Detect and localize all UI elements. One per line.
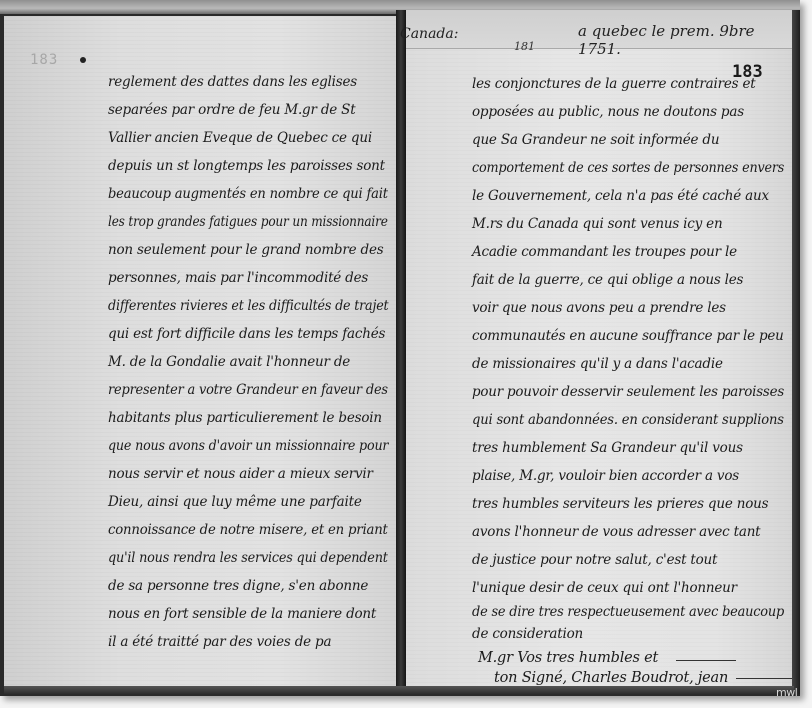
right-line-15: plaise, M.gr, vouloir bien accorder a vo…	[472, 468, 739, 484]
left-line-1: reglement des dattes dans les eglises	[108, 74, 357, 90]
page-bottom-edge	[4, 686, 794, 694]
faded-page-stamp: 183	[30, 52, 58, 68]
page-right-edge	[792, 10, 800, 694]
right-line-17: avons l'honneur de vous adresser avec ta…	[472, 524, 760, 540]
signature-line: ton Signé, Charles Boudrot, jean	[494, 670, 728, 686]
right-line-12: pour pouvoir desservir seulement les par…	[472, 384, 784, 400]
left-line-16: Dieu, ainsi que luy même une parfaite	[108, 494, 362, 510]
left-line-12: representer a votre Grandeur en faveur d…	[108, 382, 388, 398]
left-line-7: non seulement pour le grand nombre des	[108, 242, 383, 258]
right-line-18: de justice pour notre salut, c'est tout	[472, 552, 717, 568]
header-small-mark: 181	[514, 40, 535, 53]
right-page: Canada: 181 a quebec le prem. 9bre 1751.…	[406, 10, 792, 690]
left-line-8: personnes, mais par l'incommodité des	[108, 270, 368, 286]
right-line-14: tres humblement Sa Grandeur qu'il vous	[472, 440, 743, 456]
left-line-14: que nous avons d'avoir un missionnaire p…	[108, 438, 388, 454]
ink-blot-icon	[80, 57, 86, 63]
right-line-4: comportement de ces sortes de personnes …	[472, 160, 784, 176]
left-line-19: de sa personne tres digne, s'en abonne	[108, 578, 368, 594]
right-line-2: opposées au public, nous ne doutons pas	[472, 104, 744, 120]
right-line-21: de consideration	[472, 626, 583, 642]
left-line-13: habitants plus particulierement le besoi…	[108, 410, 382, 426]
right-line-3: que Sa Grandeur ne soit informée du	[472, 132, 719, 148]
left-line-6: les trop grandes fatigues pour un missio…	[108, 214, 388, 230]
left-line-20: nous en fort sensible de la maniere dont	[108, 606, 376, 622]
right-line-6: M.rs du Canada qui sont venus icy en	[472, 216, 722, 232]
closing-formula: M.gr Vos tres humbles et	[478, 650, 658, 666]
right-line-16: tres humbles serviteurs les prieres que …	[472, 496, 768, 512]
right-line-19: l'unique desir de ceux qui ont l'honneur	[472, 580, 737, 596]
left-line-5: beaucoup augmentés en nombre ce qui fait	[108, 186, 388, 202]
left-line-4: depuis un st longtemps les paroisses son…	[108, 158, 385, 174]
left-line-2: separées par ordre de feu M.gr de St	[108, 102, 355, 118]
left-line-3: Vallier ancien Eveque de Quebec ce qui	[108, 130, 372, 146]
right-line-5: le Gouvernement, cela n'a pas été caché …	[472, 188, 769, 204]
left-page: 183 reglement des dattes dans les eglise…	[4, 16, 396, 690]
left-line-17: connoissance de notre misere, et en pria…	[108, 522, 388, 538]
right-line-8: fait de la guerre, ce qui oblige a nous …	[472, 272, 743, 288]
left-line-15: nous servir et nous aider a mieux servir	[108, 466, 373, 482]
manuscript-scan: 183 reglement des dattes dans les eglise…	[0, 0, 800, 696]
left-line-21: il a été traitté par des voies de pa	[108, 634, 331, 650]
book-gutter	[396, 10, 406, 694]
margin-label: Canada:	[400, 26, 458, 42]
right-line-20: de se dire tres respectueusement avec be…	[472, 604, 784, 620]
watermark: mwl	[776, 686, 797, 699]
left-line-10: qui est fort difficile dans les temps fa…	[108, 326, 385, 342]
right-line-1: les conjonctures de la guerre contraires…	[472, 76, 755, 92]
closing-flourish	[676, 660, 736, 661]
right-line-9: voir que nous avons peu a prendre les	[472, 300, 726, 316]
left-line-18: qu'il nous rendra les services qui depen…	[108, 550, 388, 566]
left-line-9: differentes rivieres et les difficultés …	[108, 298, 388, 314]
right-page-header: Canada: 181 a quebec le prem. 9bre 1751.	[406, 10, 792, 49]
right-line-10: communautés en aucune souffrance par le …	[472, 328, 784, 344]
left-line-11: M. de la Gondalie avait l'honneur de	[108, 354, 350, 370]
right-line-11: de missionaires qu'il y a dans l'acadie	[472, 356, 723, 372]
signature-flourish	[736, 678, 792, 679]
place-date-heading: a quebec le prem. 9bre 1751.	[578, 22, 792, 58]
right-line-7: Acadie commandant les troupes pour le	[472, 244, 737, 260]
right-line-13: qui sont abandonnées. en considerant sup…	[472, 412, 784, 428]
